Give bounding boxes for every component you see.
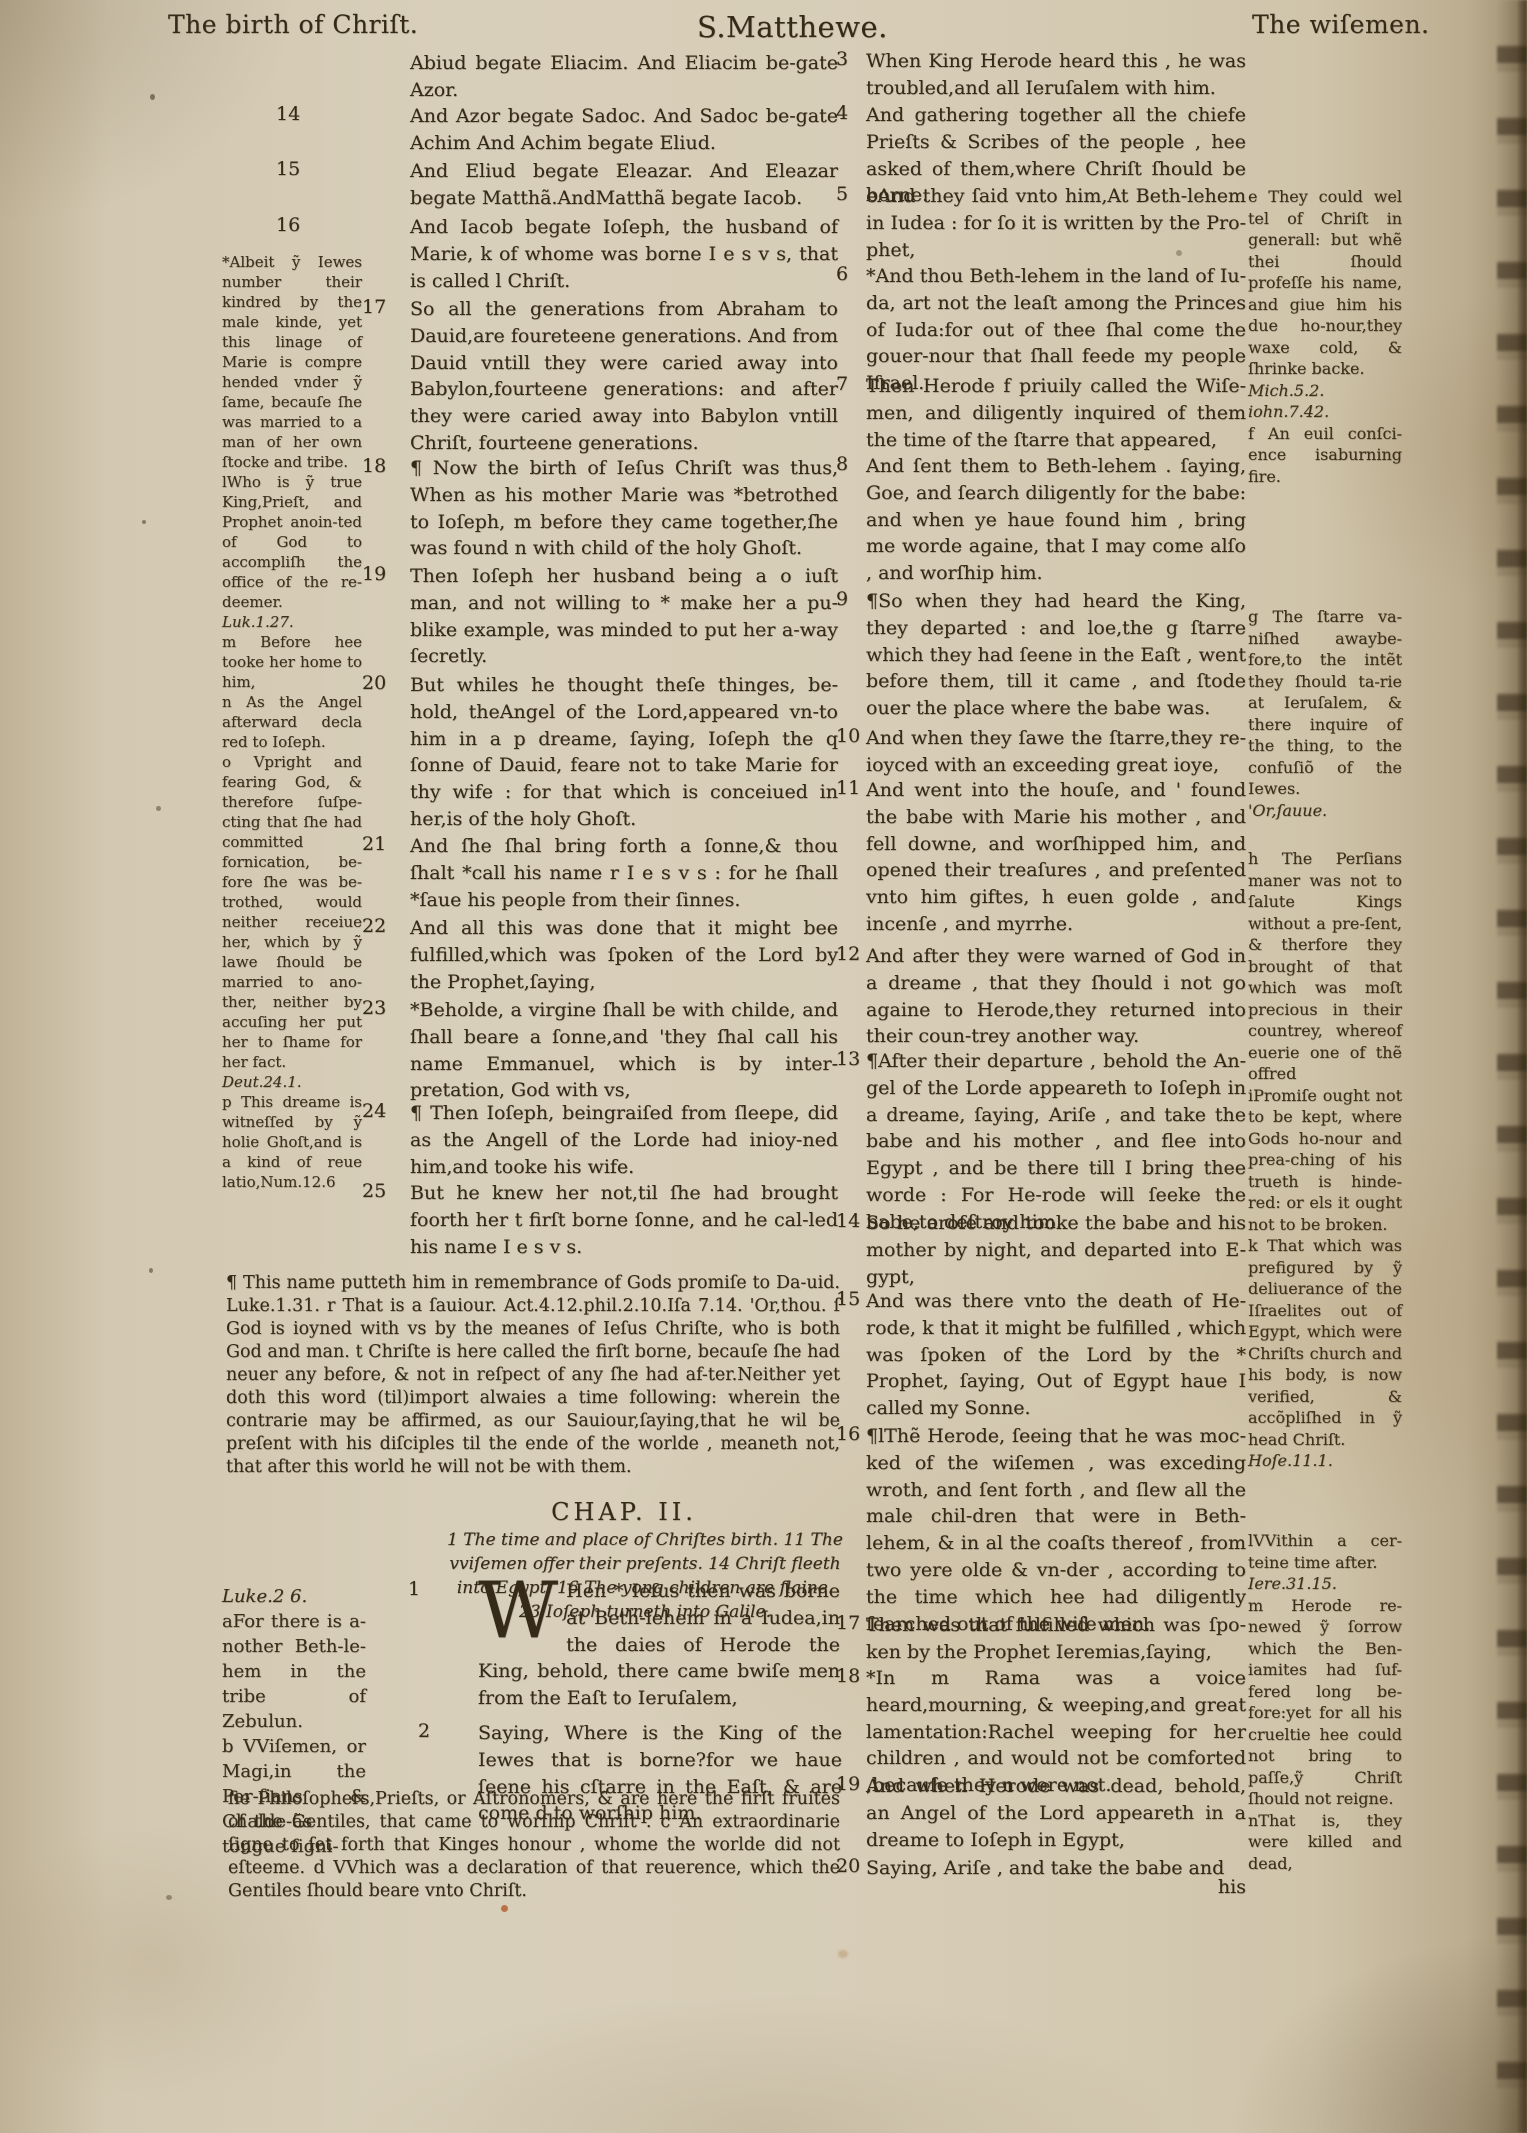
verse-number: 20 (362, 672, 404, 694)
verse-text: And Iacob begate Ioſeph, the husband of … (410, 214, 838, 294)
footnote-block: ¶ This name putteth him in remembrance o… (226, 1272, 840, 1479)
verse-text: But whiles he thought theſe thinges, be-… (410, 672, 838, 833)
left-margin-notes-ch1: *Albeit ỹ Iewes number their kindred by … (222, 252, 362, 1192)
verse-row: 19 And when Herode was dead, behold, an … (866, 1773, 1246, 1853)
verse-number: 23 (362, 997, 404, 1019)
verse-number: 24 (362, 1100, 404, 1122)
verse-row: 25 But he knew her not,til ſhe had broug… (410, 1180, 838, 1260)
verse-text: And when Herode was dead, behold, an Ang… (866, 1773, 1246, 1853)
running-title-right: The wiſemen. (1252, 10, 1430, 39)
verse-number: 12 (836, 943, 878, 965)
ink-speck (1176, 250, 1182, 256)
scripture-ref: Deut.24.1. (222, 1072, 362, 1092)
verse-text: So all the generations from Abraham to D… (410, 296, 838, 457)
verse-text: Abiud begate Eliacim. And Eliacim be-gat… (410, 50, 838, 104)
verse-row: 14 And Azor begate Sadoc. And Sadoc be-g… (410, 103, 838, 157)
margin-note: m Herode re-newed ỹ ſorrow which the Ben… (1248, 1595, 1402, 1810)
verse-number: 9 (836, 588, 878, 610)
verse-row: 13 ¶After their departure , behold the A… (866, 1048, 1246, 1236)
verse-number: 17 (836, 1612, 878, 1634)
ink-speck (142, 520, 146, 524)
verse-number: 14 (276, 103, 318, 125)
verse-number: 22 (362, 915, 404, 937)
verse-row: 9 ¶So when they had heard the King, they… (866, 588, 1246, 722)
verse-text: And when they ſawe the ſtarre,they re-io… (866, 725, 1246, 779)
verse-number: 19 (362, 563, 404, 585)
scripture-ref: Luk.1.27. (222, 612, 362, 632)
verse-row: 11 And went into the houſe, and ' found … (866, 777, 1246, 938)
ink-speck (156, 806, 161, 811)
scripture-ref: Luke.2 6. (222, 1584, 366, 1609)
verse-row: 18 ¶ Now the birth of Ieſus Chriſt was t… (410, 455, 838, 562)
verse-number: 14 (836, 1210, 878, 1232)
verse-text: ¶ Now the birth of Ieſus Chriſt was thus… (410, 455, 838, 562)
verse-number: 17 (362, 296, 404, 318)
margin-note: f An euil conſci-ence isaburning fire. (1248, 423, 1402, 488)
verse-number: 16 (836, 1423, 878, 1445)
verse-row: 17 So all the generations from Abraham t… (410, 296, 838, 457)
verse-number: 5 (836, 183, 878, 205)
verse-text: And ſhe ſhal bring forth a ſonne,& thou … (410, 833, 838, 913)
book-edge-shadow (1518, 0, 1527, 2133)
verse-row: 15 And Eliud begate Eleazar. And Eleazar… (410, 158, 838, 212)
verse-text: Then was that fulfilled which was ſpo-ke… (866, 1612, 1246, 1666)
verse-row: 16 And Iacob begate Ioſeph, the husband … (410, 214, 838, 294)
verse-number: 25 (362, 1180, 404, 1202)
verse-row: 16 ¶lThẽ Herode, ſeeing that he was moc-… (866, 1423, 1246, 1637)
verse-row: 8 And ſent them to Beth-lehem . ſaying, … (866, 453, 1246, 587)
right-margin-notes-4: lVVithin a cer-teine time after. Iere.31… (1248, 1530, 1402, 1874)
verse-row: 20 But whiles he thought theſe thinges, … (410, 672, 838, 833)
verse-number: 15 (276, 158, 318, 180)
running-title-left: The birth of Chriſt. (168, 10, 418, 39)
margin-note: o Vpright and fearing God, & therefore ſ… (222, 752, 362, 1072)
verse-number: 20 (836, 1855, 878, 1877)
verse-row: 21 And ſhe ſhal bring forth a ſonne,& th… (410, 833, 838, 913)
verse-number: 11 (836, 777, 878, 799)
verse-row: 23 *Beholde, a virgine ſhall be with chi… (410, 997, 838, 1104)
verse-row: 22 And all this was done that it might b… (410, 915, 838, 995)
right-margin-notes-1: e They could wel tel of Chriſt in genera… (1248, 186, 1402, 487)
verse-number: 21 (362, 833, 404, 855)
margin-note: m Before hee tooke her home to him, (222, 632, 362, 692)
bottom-note: fie Philoſophers,Prieſts, or Aſtronomers… (228, 1788, 840, 1903)
verse-row: 3 When King Herode heard this , he was t… (866, 48, 1246, 102)
scripture-ref: Hoſe.11.1. (1248, 1450, 1402, 1472)
verse-text: And was there vnto the death of He-rode,… (866, 1288, 1246, 1422)
ink-speck (150, 94, 155, 100)
verse-text: And after they were warned of God in a d… (866, 943, 1246, 1050)
margin-note: k That which was prefigured by ỹ deliuer… (1248, 1235, 1402, 1450)
verse-row: 14 So he aroſe and tooke the babe and hi… (866, 1210, 1246, 1290)
margin-note: n As the Angel afterward decla red to Io… (222, 692, 362, 752)
verse-text: When King Herode heard this , he was tro… (866, 48, 1246, 102)
drop-cap: W (478, 1581, 558, 1642)
margin-note: g The ſtarre va-niſhed awaybe-fore,to th… (1248, 606, 1402, 800)
margin-note: h The Perſians maner was not to ſalute K… (1248, 848, 1402, 1085)
verse-text: And Eliud begate Eleazar. And Eleazar be… (410, 158, 838, 212)
verse-row: 7 Then Herode f priuily called the Wiſe-… (866, 373, 1246, 453)
verse-text: WHen * Ieſus then was borne at Beth-lehe… (478, 1578, 840, 1712)
verse-row: 24 ¶ Then Ioſeph, beingraiſed from ſleep… (410, 1100, 838, 1180)
margin-note: nThat is, they were killed and dead, (1248, 1810, 1402, 1875)
margin-note: aFor there is a-nother Beth-le-hem in th… (222, 1609, 366, 1734)
scanned-bible-page: The birth of Chriſt. S.Matthewe. The wiſ… (0, 0, 1527, 2133)
verse-text: So he aroſe and tooke the babe and his m… (866, 1210, 1246, 1290)
verse-row: Abiud begate Eliacim. And Eliacim be-gat… (410, 50, 838, 104)
running-title-center: S.Matthewe. (697, 10, 888, 44)
verse-text: And all this was done that it might bee … (410, 915, 838, 995)
verse-text: ¶lThẽ Herode, ſeeing that he was moc-ked… (866, 1423, 1246, 1637)
verse-text: And ſent them to Beth-lehem . ſaying, Go… (866, 453, 1246, 587)
verse-number: 2 (418, 1720, 460, 1742)
verse-number: 13 (836, 1048, 878, 1070)
margin-note: lVVithin a cer-teine time after. (1248, 1530, 1402, 1573)
verse-row: 5 eAnd they ſaid vnto him,At Beth-lehem … (866, 183, 1246, 263)
right-margin-notes-3: h The Perſians maner was not to ſalute K… (1248, 848, 1402, 1472)
verse-text: But he knew her not,til ſhe had brought … (410, 1180, 838, 1260)
verse-number: 18 (836, 1665, 878, 1687)
corner-shadow (1227, 1933, 1527, 2133)
ink-speck (166, 1895, 172, 1900)
verse-text: eAnd they ſaid vnto him,At Beth-lehem in… (866, 183, 1246, 263)
verse-number: 15 (836, 1288, 878, 1310)
verse-row: 12 And after they were warned of God in … (866, 943, 1246, 1050)
verse-number: 1 (408, 1578, 450, 1600)
chapter-heading: CHAP. II. (410, 1498, 838, 1526)
right-margin-notes-2: g The ſtarre va-niſhed awaybe-fore,to th… (1248, 606, 1402, 821)
scripture-ref: 'Or,ſauue. (1248, 800, 1402, 822)
scripture-ref: iohn.7.42. (1248, 401, 1402, 423)
verse-number: 4 (836, 102, 878, 124)
verse-text: And Azor begate Sadoc. And Sadoc be-gate… (410, 103, 838, 157)
margin-note: e They could wel tel of Chriſt in genera… (1248, 186, 1402, 380)
verse-number: 19 (836, 1773, 878, 1795)
verse-text: ¶ Then Ioſeph, beingraiſed from ſleepe, … (410, 1100, 838, 1180)
verse-number: 7 (836, 373, 878, 395)
verse-row: 17 Then was that fulfilled which was ſpo… (866, 1612, 1246, 1666)
margin-note: *Albeit ỹ Iewes number their kindred by … (222, 252, 362, 472)
verse-row: 1 WHen * Ieſus then was borne at Beth-le… (478, 1578, 840, 1712)
scripture-ref: Mich.5.2. (1248, 380, 1402, 402)
margin-note: iPromiſe ought not to be kept, where God… (1248, 1085, 1402, 1236)
verse-number: 10 (836, 725, 878, 747)
catchword: his (1178, 1876, 1246, 1898)
verse-number: 18 (362, 455, 404, 477)
verse-row: 19 Then Ioſeph her husband being a o iuſ… (410, 563, 838, 670)
scripture-ref: Iere.31.15. (1248, 1573, 1402, 1595)
verse-number: 16 (276, 214, 318, 236)
stain (838, 1950, 848, 1958)
ink-speck (149, 1268, 153, 1273)
verse-number: 8 (836, 453, 878, 475)
verse-number: 6 (836, 263, 878, 285)
verse-row: 10 And when they ſawe the ſtarre,they re… (866, 725, 1246, 779)
verse-number: 3 (836, 48, 878, 70)
verse-text: And went into the houſe, and ' found the… (866, 777, 1246, 938)
verse-text: ¶So when they had heard the King, they d… (866, 588, 1246, 722)
verse-text: Then Ioſeph her husband being a o iuſt m… (410, 563, 838, 670)
margin-note: lWho is ỹ true King,Prieſt, and Prophet … (222, 472, 362, 612)
verse-text: ¶After their departure , behold the An-g… (866, 1048, 1246, 1236)
stain (501, 1905, 508, 1912)
margin-note: p This dreame is witneſſed by ỹ holie Gh… (222, 1092, 362, 1192)
verse-text: *Beholde, a virgine ſhall be with childe… (410, 997, 838, 1104)
verse-row: 15 And was there vnto the death of He-ro… (866, 1288, 1246, 1422)
verse-text: Then Herode f priuily called the Wiſe-me… (866, 373, 1246, 453)
